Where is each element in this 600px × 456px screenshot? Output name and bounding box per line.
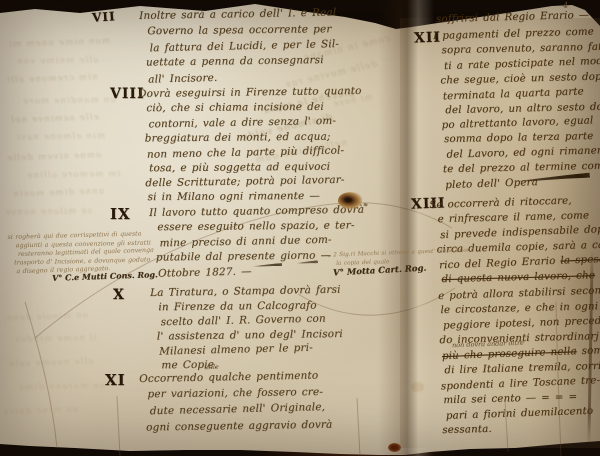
ink-showthrough: alle mnime von bbox=[16, 55, 99, 66]
ink-showthrough: im memore alline bbox=[26, 169, 121, 181]
section-ix-numeral: IX bbox=[110, 205, 131, 223]
section-viii-text: Dovrà eseguirsi in Firenze tutto quantoc… bbox=[138, 84, 363, 206]
section-xi-text: Occorrendo qualche pentimentoper variazi… bbox=[139, 367, 333, 435]
ink-showthrough: se milane nonve bbox=[4, 206, 92, 218]
ink-stain bbox=[388, 443, 401, 452]
manuscript-photo: VII Inoltre sarà a carico dell' I. e Rea… bbox=[0, 0, 600, 456]
section-vii-numeral: VII bbox=[92, 9, 116, 25]
ink-showthrough: il nome mindes bbox=[14, 333, 97, 344]
ink-showthrough: un mereno dima bbox=[18, 381, 105, 393]
manuscript-line: ogni conseguente aggravio dovrà bbox=[146, 416, 333, 435]
ink-showthrough: un mondine more bbox=[22, 95, 116, 107]
section-xii-text: I pagamenti del prezzo comesopra convenu… bbox=[433, 25, 600, 194]
section-xiii-text: Se occorrerà di ritoccare,e rinfrescare … bbox=[429, 192, 600, 439]
section-xi-numeral: XI bbox=[105, 371, 126, 389]
ink-showthrough: min elmone navi bbox=[16, 131, 105, 143]
section-x-text: La Tiratura, o Stampa dovrà farsiin Fire… bbox=[150, 283, 343, 374]
section-x-numeral: X bbox=[113, 287, 125, 303]
section-vii-text: Inoltre sarà a carico dell' I. e RealGov… bbox=[139, 6, 340, 88]
center-fold-shadow bbox=[378, 0, 434, 456]
